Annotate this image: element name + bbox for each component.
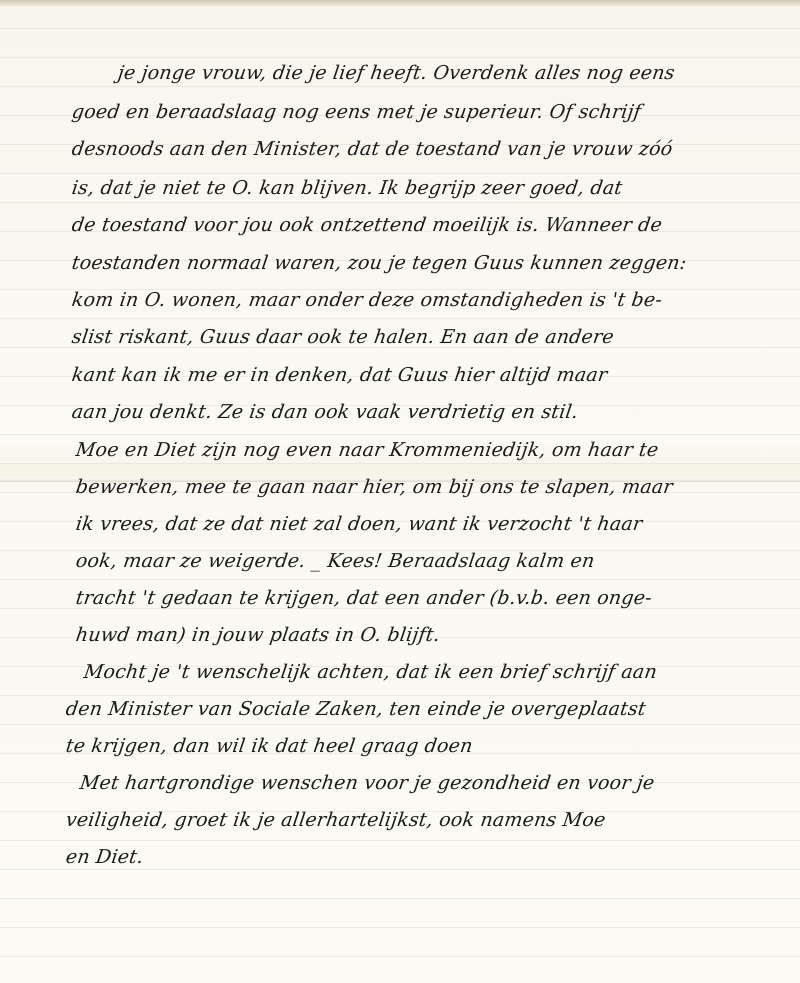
- body-line: is, dat je niet te O. kan blijven. Ik be…: [70, 177, 623, 199]
- body-line: toestanden normaal waren, zou je tegen G…: [70, 252, 688, 274]
- body-line: Moe en Diet zijn nog even naar Krommenie…: [74, 439, 660, 461]
- body-line: Met hartgrondige wenschen voor je gezond…: [78, 772, 656, 794]
- body-line: en Diet.: [64, 846, 144, 868]
- body-line: aan jou denkt. Ze is dan ook vaak verdri…: [70, 401, 579, 423]
- body-line: slist riskant, Guus daar ook te halen. E…: [70, 326, 615, 348]
- paper-top-edge: [0, 0, 800, 6]
- letter-page: je jonge vrouw, die je lief heeft. Overd…: [0, 0, 800, 983]
- body-line: ook, maar ze weigerde. _ Kees! Beraadsla…: [74, 550, 596, 572]
- body-line: te krijgen, dan wil ik dat heel graag do…: [64, 735, 474, 757]
- body-line: veiligheid, groet ik je allerhartelijkst…: [64, 809, 607, 831]
- body-line: tracht 't gedaan te krijgen, dat een and…: [74, 587, 653, 609]
- body-line: desnoods aan den Minister, dat de toesta…: [70, 138, 674, 160]
- body-line: ik vrees, dat ze dat niet zal doen, want…: [74, 513, 643, 535]
- body-line: de toestand voor jou ook ontzettend moei…: [70, 214, 663, 236]
- body-line: den Minister van Sociale Zaken, ten eind…: [64, 698, 647, 720]
- body-line: kom in O. wonen, maar onder deze omstand…: [70, 289, 663, 311]
- body-line: goed en beraadslaag nog eens met je supe…: [70, 101, 642, 123]
- body-line: bewerken, mee te gaan naar hier, om bij …: [74, 476, 674, 498]
- body-line: huwd man) in jouw plaats in O. blijft.: [74, 624, 441, 646]
- body-line: kant kan ik me er in denken, dat Guus hi…: [70, 364, 608, 386]
- body-line: je jonge vrouw, die je lief heeft. Overd…: [116, 62, 676, 84]
- body-line: Mocht je 't wenschelijk achten, dat ik e…: [82, 661, 658, 683]
